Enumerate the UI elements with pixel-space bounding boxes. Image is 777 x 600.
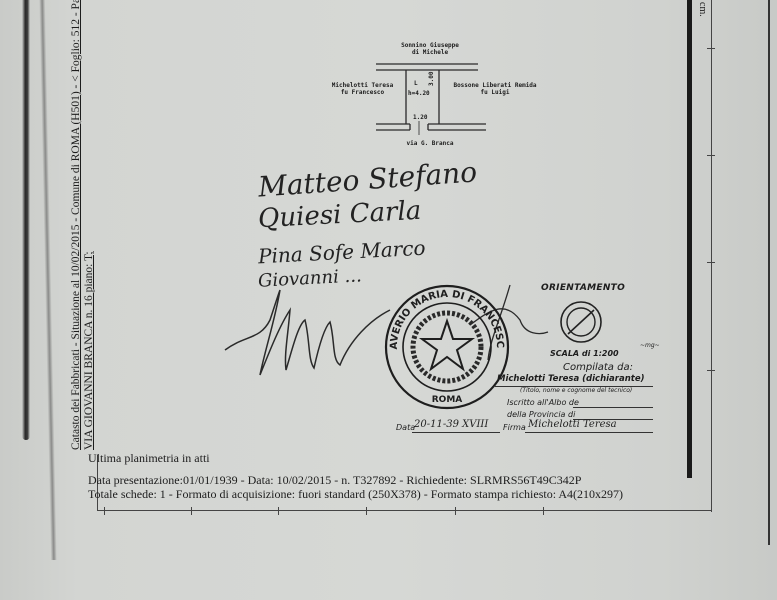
albo-line <box>573 407 653 408</box>
notary-seal: SAVERIO MARIA DI FRANCESCO ROMA <box>383 283 511 411</box>
seal-text-bottom: ROMA <box>432 395 463 405</box>
paper-edge-shadow <box>22 0 30 440</box>
street-name: via G. Branca <box>390 140 470 147</box>
frame-bottom-border <box>97 510 712 511</box>
north-neighbor: Sonnino Giuseppe di Michele <box>370 42 490 56</box>
signature-1: Matteo Stefano <box>257 155 478 203</box>
signature-3: Pina Sofe Marco <box>257 236 426 269</box>
compiled-by-label: Compilata da: <box>563 362 633 373</box>
cadastre-header-line1: Catasto dei Fabbricati - Situazione al 1… <box>70 0 83 450</box>
firma-value: Michelotti Teresa <box>528 419 617 430</box>
svg-text:SAVERIO MARIA DI FRANCESCO: SAVERIO MARIA DI FRANCESCO <box>383 283 505 350</box>
compiled-by-note: (Titolo, nome e cognome del tecnico) <box>520 387 632 394</box>
north-arrow-icon <box>558 300 604 344</box>
room-height: h=4.20 <box>408 90 430 97</box>
paper-edge-fold <box>39 0 57 560</box>
outer-page-edge <box>768 0 770 545</box>
firma-line <box>525 432 653 433</box>
scribble-mark: ~mg~ <box>640 342 660 349</box>
ruler-tick <box>366 507 367 515</box>
footer-line2: Totale schede: 1 - Formato di acquisizio… <box>88 487 623 502</box>
compiled-by-name: Michelotti Teresa (dichiarante) <box>497 374 644 384</box>
ruler-tick <box>455 507 456 515</box>
floor-plan: Sonnino Giuseppe di Michele Michelotti T… <box>300 30 560 160</box>
ruler-tick <box>707 155 715 156</box>
ruler-tick <box>278 507 279 515</box>
ruler-tick <box>104 507 105 515</box>
room-dimension: 3.00 <box>428 72 435 86</box>
date-label: Data <box>396 423 415 432</box>
ruler-tick <box>707 48 715 49</box>
provincia-label: della Provincia di <box>507 410 575 419</box>
east-neighbor: Bossone Liberati Remida fu Luigi <box>445 82 545 96</box>
ruler-tick <box>543 507 544 515</box>
ruler-tick <box>707 262 715 263</box>
frame-thick-border <box>687 0 692 478</box>
footer-line1: Data presentazione:01/01/1939 - Data: 10… <box>88 473 581 488</box>
entrance-width: 1.20 <box>413 114 427 121</box>
cadastre-header: Catasto dei Fabbricati - Situazione al 1… <box>70 0 96 450</box>
orientation-label: ORIENTAMENTO <box>541 283 625 293</box>
firma-label: Firma <box>503 423 526 432</box>
unit-label: cm. <box>697 2 708 17</box>
ruler-tick <box>707 370 715 371</box>
date-value: 20-11-39 XVIII <box>414 419 488 430</box>
date-line <box>412 432 500 433</box>
scale-label: SCALA di 1:200 <box>550 349 619 358</box>
cadastre-header-line2: VIA GIOVANNI BRANCA n. 16 piano: T; <box>83 0 96 450</box>
seal-text-top: SAVERIO MARIA DI FRANCESCO <box>383 283 505 350</box>
ruler-tick <box>191 507 192 515</box>
footer-caption: Ultima planimetria in atti <box>88 451 210 466</box>
room-label: L <box>414 80 418 87</box>
frame-right-border <box>711 0 712 512</box>
albo-label: Iscritto all'Albo de <box>507 398 579 407</box>
west-neighbor: Michelotti Teresa fu Francesco <box>320 82 405 96</box>
